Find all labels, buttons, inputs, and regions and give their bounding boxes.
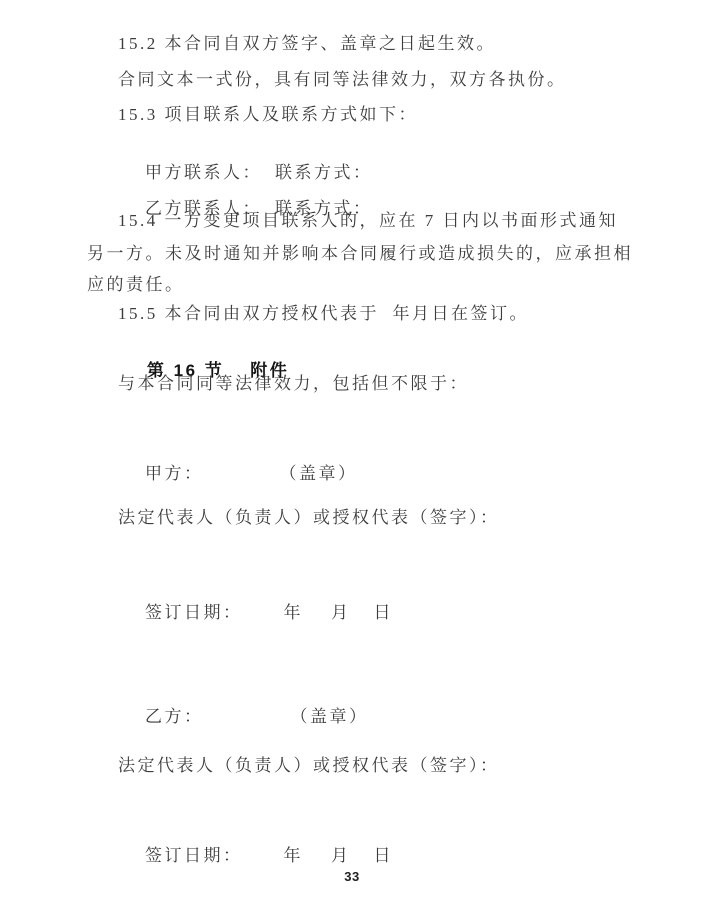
party-b-year-label: 年 xyxy=(284,845,304,867)
clause-15-5: 15.5 本合同由双方授权代表于 年月日在签订。 xyxy=(118,303,529,325)
party-a-sign-date-label: 签订日期： xyxy=(145,602,243,624)
party-a-year-label: 年 xyxy=(284,602,304,624)
party-a-representative-line: 法定代表人（负责人）或授权代表（签字）： xyxy=(118,507,500,529)
party-b-seal-line: 乙方：（盖章） xyxy=(118,684,369,750)
party-a-month-label: 月 xyxy=(331,602,351,624)
party-a-seal-line: 甲方：（盖章） xyxy=(118,441,358,507)
party-a-sign-date-line: 签订日期：年月日 xyxy=(118,580,393,646)
contract-document-page: 15.2 本合同自双方签字、盖章之日起生效。 合同文本一式份，具有同等法律效力，… xyxy=(0,0,704,899)
party-b-month-label: 月 xyxy=(331,845,351,867)
party-b-sign-date-label: 签订日期： xyxy=(145,845,243,867)
party-a-seal-label: （盖章） xyxy=(280,463,358,485)
party-a-label: 甲方： xyxy=(145,463,204,485)
copies-clause: 合同文本一式份，具有同等法律效力，双方各执份。 xyxy=(118,69,567,91)
clause-15-4-line-2: 另一方。未及时通知并影响本合同履行或造成损失的，应承担相 xyxy=(87,243,633,265)
party-a-day-label: 日 xyxy=(374,602,394,624)
party-b-day-label: 日 xyxy=(374,845,394,867)
party-b-representative-line: 法定代表人（负责人）或授权代表（签字）： xyxy=(118,755,500,777)
attachment-intro: 与本合同同等法律效力，包括但不限于： xyxy=(118,373,469,395)
party-b-contact-line: 乙方联系人：联系方式： xyxy=(118,176,373,242)
page-number: 33 xyxy=(0,869,704,884)
party-b-seal-label: （盖章） xyxy=(291,706,369,728)
clause-15-4-line-3: 应的责任。 xyxy=(87,274,185,296)
clause-15-2: 15.2 本合同自双方签字、盖章之日起生效。 xyxy=(118,33,496,55)
party-b-label: 乙方： xyxy=(145,706,204,728)
clause-15-3: 15.3 项目联系人及联系方式如下： xyxy=(118,104,418,126)
clause-15-4-line-1: 15.4 一方变更项目联系人的，应在 7 日内以书面形式通知 xyxy=(118,210,618,232)
